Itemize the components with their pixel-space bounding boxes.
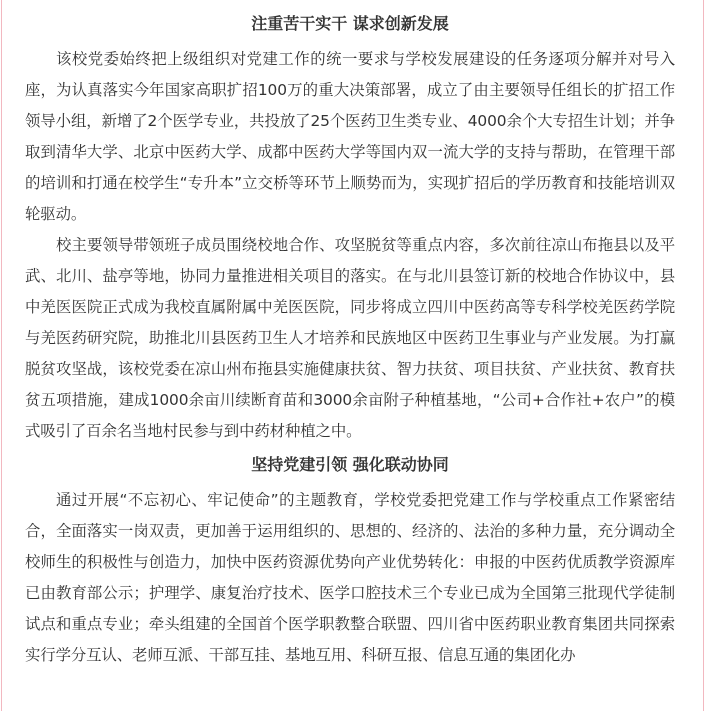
section-2: 坚持党建引领 强化联动协同 通过开展“不忘初心、牢记使命”的主题教育，学校党委把… [25,453,675,671]
section-title: 注重苦干实干 谋求创新发展 [25,12,675,36]
section-1: 注重苦干实干 谋求创新发展 该校党委始终把上级组织对党建工作的统一要求与学校发展… [25,12,675,447]
section-title: 坚持党建引领 强化联动协同 [25,453,675,477]
paragraph: 校主要领导带领班子成员围绕校地合作、攻坚脱贫等重点内容，多次前往凉山布拖县以及平… [25,230,675,447]
article-body: 注重苦干实干 谋求创新发展 该校党委始终把上级组织对党建工作的统一要求与学校发展… [25,12,675,671]
paragraph: 通过开展“不忘初心、牢记使命”的主题教育，学校党委把党建工作与学校重点工作紧密结… [25,485,675,671]
article-frame: 注重苦干实干 谋求创新发展 该校党委始终把上级组织对党建工作的统一要求与学校发展… [1,0,704,711]
paragraph: 该校党委始终把上级组织对党建工作的统一要求与学校发展建设的任务逐项分解并对号入座… [25,44,675,230]
